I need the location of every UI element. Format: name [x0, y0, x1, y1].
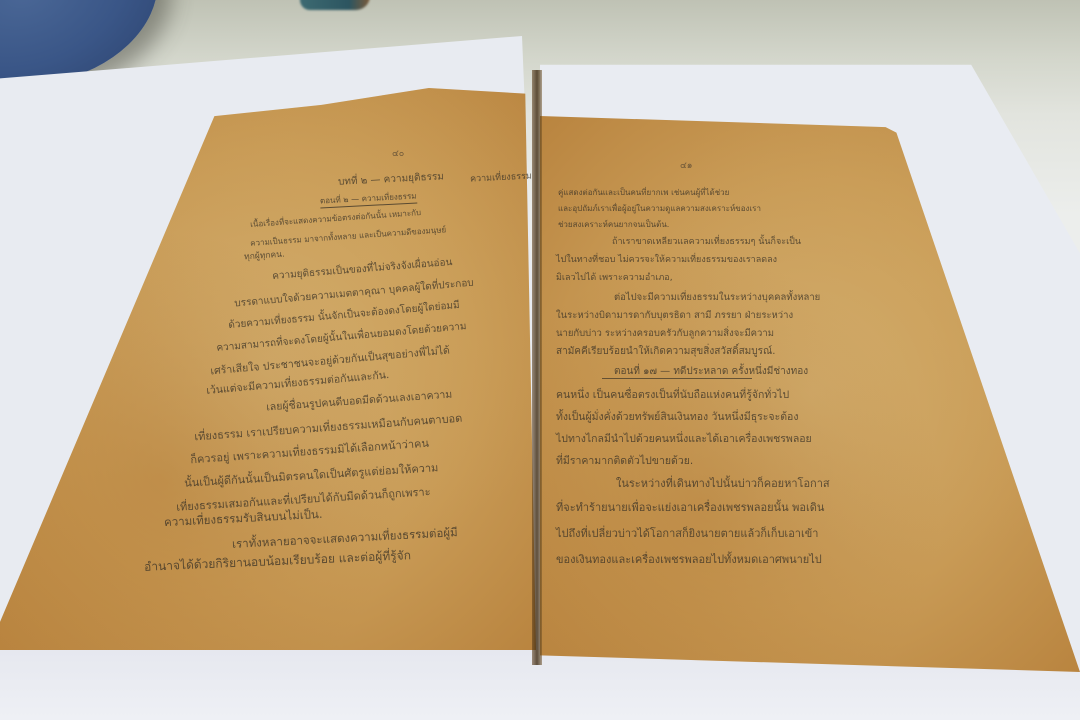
section-underline — [602, 378, 752, 379]
text-line: ถ้าเราขาดเหลียวแลความเที่ยงธรรมๆ นั้นก็จ… — [612, 234, 801, 248]
text-line: สามัคคีเรียบร้อยนำให้เกิดความสุขสิ่งสวัส… — [556, 344, 775, 359]
text-line: ในระหว่างบิดามารดากับบุตรธิดา สามี ภรรยา… — [556, 308, 793, 323]
text-line: และอุปถัมภ์เราเพื่อผู้อยู่ในความดูแลความ… — [558, 202, 761, 215]
photo-scene: ๔๐ บทที่ ๒ — ความยุติธรรม ความเที่ยงธรรม… — [0, 0, 1080, 720]
text-line: ในระหว่างที่เดินทางไปนั้นบ่าวก็คอยหาโอกา… — [616, 474, 830, 492]
book-spine — [532, 70, 542, 665]
text-line: ของเงินทองและเครื่องเพชรพลอยไปทั้งหมดเอา… — [556, 550, 822, 568]
teal-object — [300, 0, 370, 10]
text-line: ที่จะทำร้ายนายเพื่อจะแย่งเอาเครื่องเพชรพ… — [556, 498, 824, 516]
text-line: ต่อไปจะมีความเที่ยงธรรมในระหว่างบุคคลทั้… — [614, 290, 820, 305]
right-page-number: ๔๑ — [680, 158, 693, 172]
text-line: ทั้งเป็นผู้มั่งคั่งด้วยทรัพย์สินเงินทอง … — [556, 408, 798, 425]
text-line: ไปทางไกลมีนำไปด้วยคนหนึ่งและได้เอาเครื่อ… — [556, 430, 812, 447]
left-page-number: ๔๐ — [392, 146, 404, 160]
text-line: คู่แสดงต่อกันและเป็นคนที่ยากเพ เช่นคนผู้… — [558, 186, 729, 199]
text-line: นายกับบ่าว ระหว่างครอบครัวกับลูกความสิ่ง… — [556, 326, 774, 341]
text-line: ที่มีราคามากติดตัวไปขายด้วย. — [556, 452, 693, 469]
text-line: คนหนึ่ง เป็นคนซื่อตรงเป็นที่นับถือแห่งคน… — [556, 386, 789, 403]
text-line: ไปถึงที่เปลี่ยวบ่าวได้โอกาสก็ยิงนายตายแล… — [556, 524, 818, 542]
section-heading-right: ตอนที่ ๑๗ — ทดีประหลาด ครั้งหนึ่งมีช่างท… — [614, 364, 808, 379]
text-line: ไปในทางที่ชอบ ไม่ควรจะให้ความเที่ยงธรรมข… — [556, 252, 777, 266]
text-line: มิเลวไปได้ เพราะความอำเภอ, — [556, 270, 673, 284]
text-line: ช่วยสงเคราะห์คนยากจนเป็นต้น. — [558, 218, 669, 231]
text-line: ทุกผู้ทุกคน. — [244, 247, 286, 264]
